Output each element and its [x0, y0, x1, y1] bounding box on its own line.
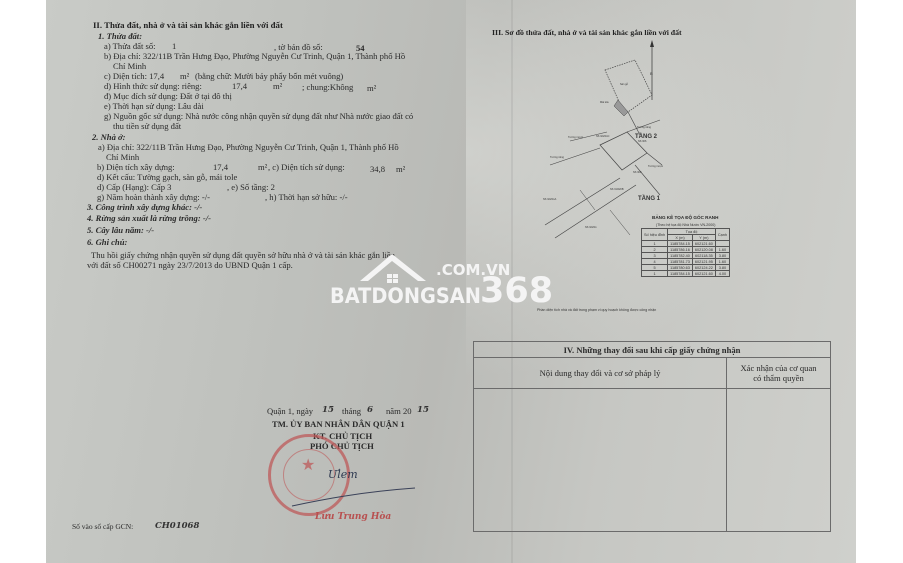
house-address-cont: Chí Minh — [106, 152, 139, 162]
land-heading: 1. Thửa đất: — [98, 31, 142, 41]
svg-text:Sàn gỗ: Sàn gỗ — [620, 83, 629, 86]
construction-area-unit: m² — [258, 162, 267, 172]
signing-month: 6 — [367, 405, 373, 415]
svg-text:Mái tole: Mái tole — [600, 101, 609, 104]
ownership-term: , h) Thời hạn sở hữu: -/- — [265, 192, 348, 202]
floor2-label: TẦNG 2 — [635, 133, 658, 140]
svg-text:B: B — [650, 71, 653, 76]
land-purpose: đ) Mục đích sử dụng: Đất ở tại đô thị — [104, 91, 232, 101]
authority-confirmation-header: Xác nhận của cơ quan có thẩm quyền — [727, 358, 831, 389]
section3-title: III. Sơ đồ thửa đất, nhà ở và tài sản kh… — [492, 28, 682, 38]
land-address: b) Địa chỉ: 322/11B Trần Hưng Đạo, Phườn… — [104, 51, 405, 61]
issuing-authority: TM. ỦY BAN NHÂN DÂN QUẬN 1 — [272, 419, 405, 429]
changes-content-cell — [474, 389, 727, 532]
land-origin: g) Nguồn gốc sử dụng: Nhà nước công nhận… — [104, 111, 413, 121]
land-address-cont: Chí Minh — [113, 61, 146, 71]
changes-table: IV. Những thay đổi sau khi cấp giấy chứn… — [473, 341, 831, 532]
notes-heading: 6. Ghi chú: — [87, 237, 127, 247]
authority-confirmation-cell — [727, 389, 831, 532]
planted-forest: 4. Rừng sản xuất là rừng trồng: -/- — [87, 213, 211, 223]
other-works: 3. Công trình xây dựng khác: -/- — [87, 202, 202, 212]
land-area-words: (bằng chữ: Mười bảy phẩy bốn mét vuông) — [195, 71, 343, 81]
coordinates-table: Số hiệu đỉnh Tọa độ Cạnh X (m) Y (m) 111… — [641, 228, 730, 277]
land-origin-cont: thu tiền sử dụng đất — [113, 121, 181, 131]
month-label: tháng — [342, 406, 361, 416]
usage-shared-unit: m² — [367, 83, 376, 93]
svg-text:Tường riêng: Tường riêng — [550, 156, 564, 159]
signature-mark: Ưlem — [328, 470, 358, 480]
svg-text:NS 310/20B: NS 310/20B — [610, 188, 624, 191]
svg-text:Tường mượn: Tường mượn — [568, 136, 584, 139]
coordinate-row: 11185784.15602121.604.00 — [642, 271, 730, 277]
usable-area-unit: m² — [396, 164, 405, 174]
usage-form-label: d) Hình thức sử dụng: riêng: — [104, 81, 202, 91]
parcel-diagram: TẦNG 2 TẦNG 1 B Sàn gỗ Mái tole Tường mư… — [540, 40, 760, 240]
svg-text:NS 308: NS 308 — [633, 171, 642, 174]
year-label: năm 20 — [386, 406, 412, 416]
construction-area: 17,4 — [213, 162, 228, 172]
house-structure: d) Kết cấu: Tường gạch, sàn gỗ, mái tole — [97, 172, 237, 182]
land-area: c) Diện tích: 17,4 — [104, 71, 164, 81]
usable-area-label: , c) Diện tích sử dụng: — [268, 162, 345, 172]
signing-place: Quận 1, ngày — [267, 406, 313, 416]
svg-text:Tường mượn: Tường mượn — [648, 165, 664, 168]
floor1-label: TẦNG 1 — [638, 195, 661, 202]
parcel-number-label: a) Thửa đất số: — [104, 41, 156, 51]
svg-text:NS 306: NS 306 — [638, 140, 647, 143]
svg-text:Tường riêng: Tường riêng — [637, 126, 651, 129]
house-grade: d) Cấp (Hạng): Cấp 3 — [97, 182, 171, 192]
svg-text:NS 322/11C: NS 322/11C — [596, 135, 610, 138]
usage-private-unit: m² — [273, 81, 282, 91]
completion-year: g) Năm hoàn thành xây dựng: -/- — [97, 192, 210, 202]
signer-name: Lưu Trung Hòa — [315, 512, 391, 522]
perennial-trees: 5. Cây lâu năm: -/- — [87, 225, 154, 235]
usage-shared: ; chung:Không — [302, 82, 353, 92]
svg-text:NS 322/11: NS 322/11 — [585, 226, 597, 229]
house-address: a) Địa chỉ: 322/11B Trần Hưng Đạo, Phườn… — [98, 142, 399, 152]
construction-area-label: b) Diện tích xây dựng: — [97, 162, 175, 172]
land-term: e) Thời hạn sử dụng: Lâu dài — [104, 101, 204, 111]
watermark-logo: .COM.VN BATDONGSAN 368 — [330, 252, 550, 312]
svg-text:NS 322/11A: NS 322/11A — [543, 198, 557, 201]
house-heading: 2. Nhà ở: — [92, 132, 126, 142]
usable-area: 34,8 — [370, 164, 385, 174]
changes-column-header: Nội dung thay đổi và cơ sở pháp lý — [474, 358, 727, 389]
notes-line-2: với đất số CH00271 ngày 23/7/2013 do UBN… — [87, 260, 293, 270]
signature-stroke — [290, 480, 420, 510]
usage-private-area: 17,4 — [232, 81, 247, 91]
section4-title: IV. Những thay đổi sau khi cấp giấy chứn… — [474, 342, 831, 358]
diagram-footnote: Phần diện tích nhà và đất trong phạm vi … — [537, 305, 656, 315]
land-area-unit: m² — [180, 71, 189, 81]
house-floors: , e) Số tầng: 2 — [227, 182, 275, 192]
registry-number: CH01068 — [155, 521, 199, 531]
signing-day: 15 — [322, 405, 334, 415]
signing-year: 15 — [417, 405, 429, 415]
section2-title: II. Thửa đất, nhà ở và tài sản khác gắn … — [93, 20, 283, 30]
registry-label: Số vào sổ cấp GCN: — [72, 522, 133, 532]
parcel-number: 1 — [172, 41, 176, 51]
watermark-brand: BATDONGSAN — [330, 284, 481, 308]
